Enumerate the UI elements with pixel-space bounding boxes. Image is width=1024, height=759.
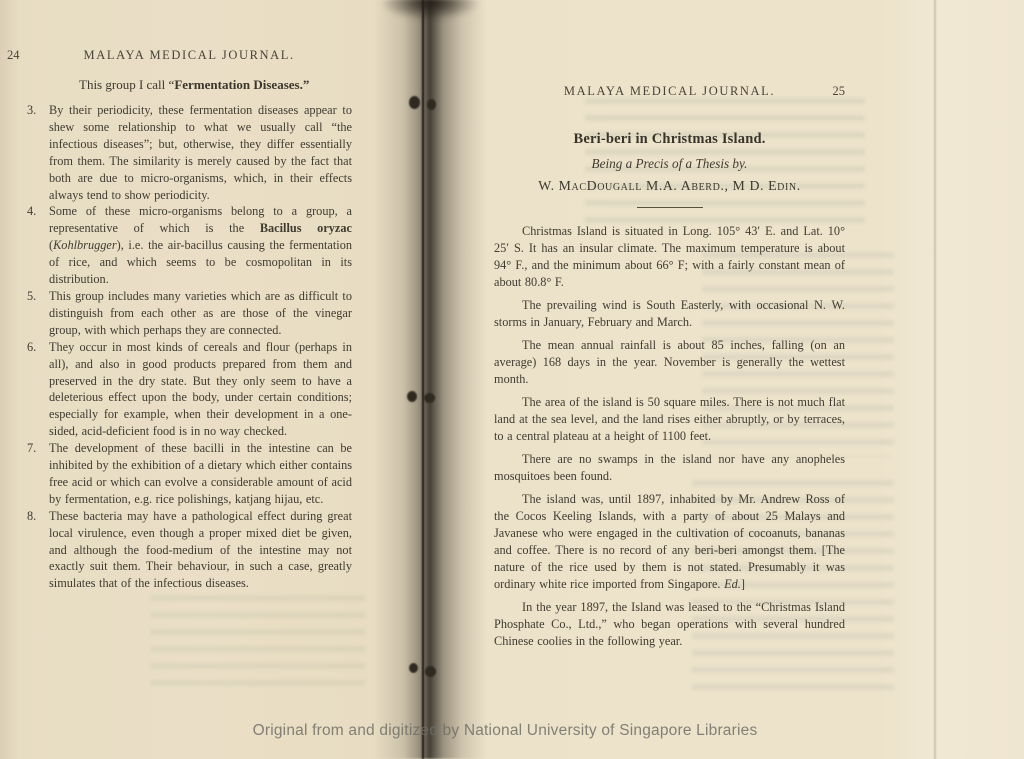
list-item-number: 4.	[27, 203, 49, 288]
paragraph: In the year 1897, the Island was leased …	[494, 599, 845, 650]
paragraph: The mean annual rainfall is about 85 inc…	[494, 337, 845, 388]
list-item-number: 7.	[27, 440, 49, 508]
list-item-number: 5.	[27, 288, 49, 339]
article-body: Christmas Island is situated in Long. 10…	[494, 223, 845, 650]
left-page-header: 24 MALAYA MEDICAL JOURNAL.	[7, 48, 352, 62]
list-item-text: They occur in most kinds of cereals and …	[49, 339, 352, 440]
binding-speck	[424, 393, 435, 403]
binding-speck	[409, 96, 420, 109]
list-item: 3. By their periodicity, these fermentat…	[27, 102, 352, 203]
binding-speck	[407, 391, 417, 402]
left-page: 24 MALAYA MEDICAL JOURNAL. This group I …	[7, 48, 352, 592]
paragraph: The island was, until 1897, inhabited by…	[494, 491, 845, 593]
book-spine-shadow	[374, 0, 486, 759]
list-item: 5. This group includes many varieties wh…	[27, 288, 352, 339]
list-item-text: These bacteria may have a pathological e…	[49, 508, 352, 593]
paragraph: There are no swamps in the island nor ha…	[494, 451, 845, 485]
list-item: 8. These bacteria may have a pathologica…	[27, 508, 352, 593]
article-subtitle: Being a Precis of a Thesis by.	[494, 156, 845, 171]
right-page-header: MALAYA MEDICAL JOURNAL. 25	[494, 84, 845, 98]
binding-speck	[427, 99, 436, 110]
library-watermark: Original from and digitized by National …	[10, 722, 1000, 740]
list-item-text: The development of these bacilli in the …	[49, 440, 352, 508]
list-item: 7. The development of these bacilli in t…	[27, 440, 352, 508]
paragraph: The prevailing wind is South Easterly, w…	[494, 297, 845, 331]
right-page-number: 25	[833, 84, 846, 98]
article-title: Beri-beri in Christmas Island.	[494, 131, 845, 147]
paragraph: The area of the island is 50 square mile…	[494, 394, 845, 445]
left-running-header: MALAYA MEDICAL JOURNAL.	[84, 48, 295, 62]
binding-speck	[409, 663, 418, 673]
right-page: MALAYA MEDICAL JOURNAL. 25 Beri-beri in …	[494, 84, 845, 656]
numbered-paragraph-list: 3. By their periodicity, these fermentat…	[7, 102, 352, 592]
binding-speck	[425, 666, 436, 677]
list-item-text: This group includes many varieties which…	[49, 288, 352, 339]
list-item-text: Some of these micro-organisms belong to …	[49, 203, 352, 288]
book-scan: 24 MALAYA MEDICAL JOURNAL. This group I …	[0, 0, 1024, 759]
list-item-number: 3.	[27, 102, 49, 203]
paragraph: Christmas Island is situated in Long. 10…	[494, 223, 845, 291]
page-edge-line	[933, 0, 937, 759]
list-item-text: By their periodicity, these fermentation…	[49, 102, 352, 203]
list-item: 6. They occur in most kinds of cereals a…	[27, 339, 352, 440]
list-item-number: 8.	[27, 508, 49, 593]
right-running-header: MALAYA MEDICAL JOURNAL.	[564, 84, 775, 98]
list-item: 4. Some of these micro-organisms belong …	[27, 203, 352, 288]
book-spine	[422, 0, 424, 759]
article-author: W. MacDougall M.A. Aberd., M D. Edin.	[494, 178, 845, 193]
list-item-number: 6.	[27, 339, 49, 440]
section-intro-line: This group I call “Fermentation Diseases…	[7, 77, 352, 93]
spine-shadow-top	[382, 0, 478, 20]
left-page-number: 24	[7, 48, 20, 62]
section-divider	[637, 207, 703, 208]
